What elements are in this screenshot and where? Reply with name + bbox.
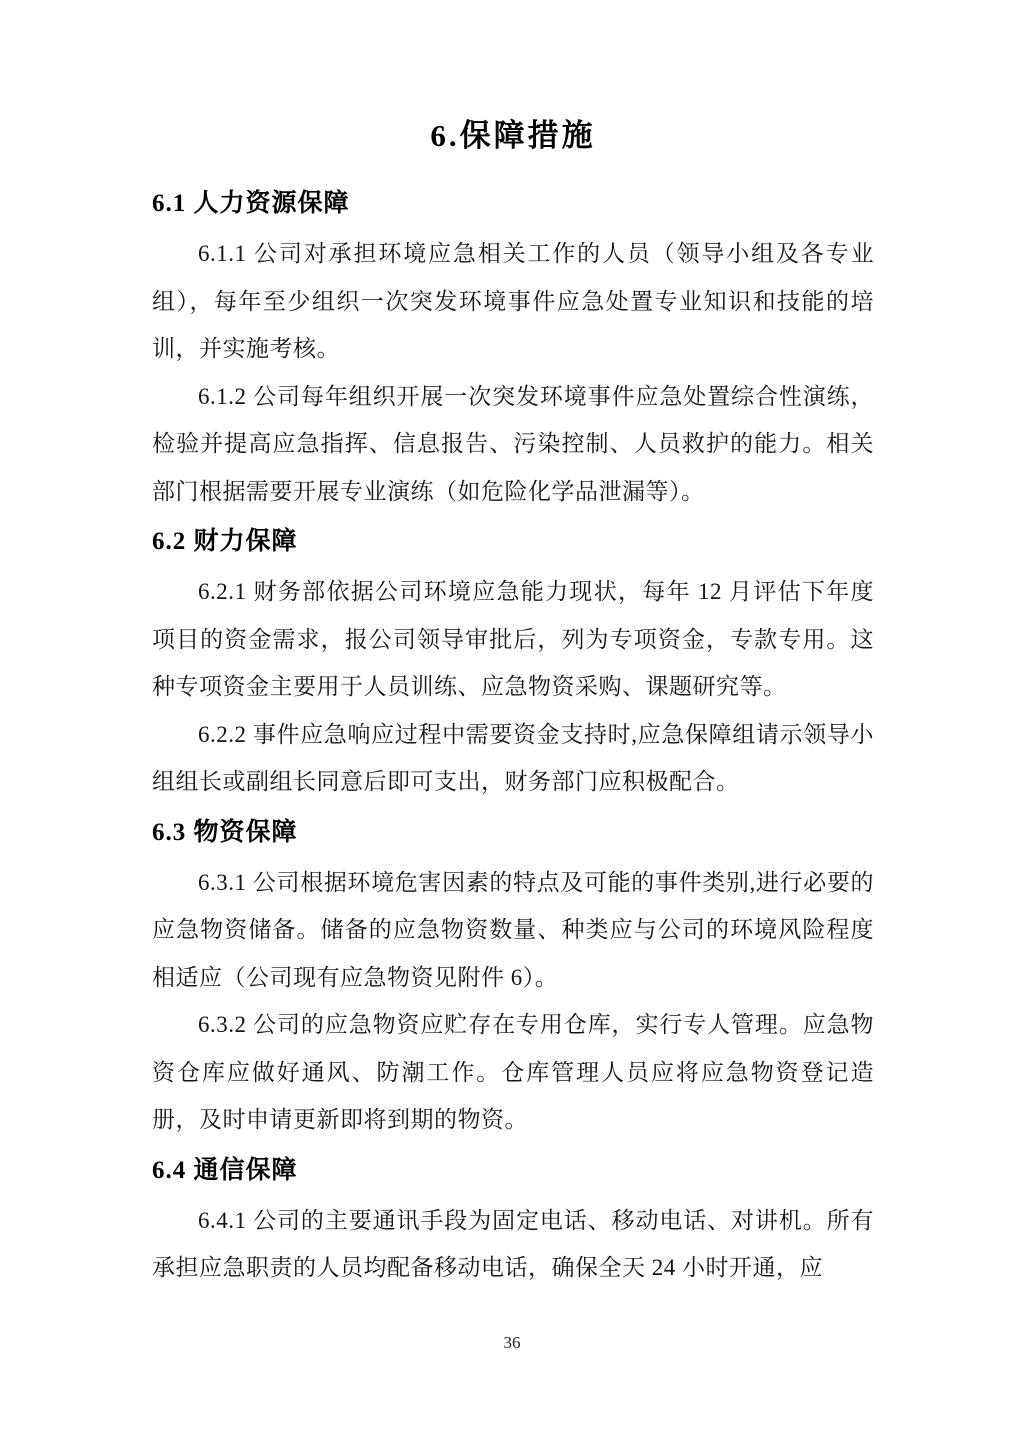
paragraph-6-2-2: 6.2.2 事件应急响应过程中需要资金支持时,应急保障组请示领导小组组长或副组长… <box>152 711 874 806</box>
page-title: 6.保障措施 <box>152 112 874 160</box>
page-number: 36 <box>0 1333 1024 1353</box>
paragraph-6-4-1: 6.4.1 公司的主要通讯手段为固定电话、移动电话、对讲机。所有承担应急职责的人… <box>152 1197 874 1292</box>
section-human-resources: 6.1 人力资源保障 6.1.1 公司对承担环境应急相关工作的人员（领导小组及各… <box>152 180 874 515</box>
section-communications: 6.4 通信保障 6.4.1 公司的主要通讯手段为固定电话、移动电话、对讲机。所… <box>152 1147 874 1292</box>
paragraph-6-1-2: 6.1.2 公司每年组织开展一次突发环境事件应急处置综合性演练，检验并提高应急指… <box>152 373 874 516</box>
section-heading-6-4: 6.4 通信保障 <box>152 1147 874 1194</box>
paragraph-6-2-1: 6.2.1 财务部依据公司环境应急能力现状，每年 12 月评估下年度项目的资金需… <box>152 568 874 711</box>
section-heading-6-1: 6.1 人力资源保障 <box>152 180 874 227</box>
paragraph-6-3-1: 6.3.1 公司根据环境危害因素的特点及可能的事件类别,进行必要的应急物资储备。… <box>152 859 874 1002</box>
paragraph-6-1-1: 6.1.1 公司对承担环境应急相关工作的人员（领导小组及各专业组），每年至少组织… <box>152 230 874 373</box>
paragraph-6-3-2: 6.3.2 公司的应急物资应贮存在专用仓库，实行专人管理。应急物资仓库应做好通风… <box>152 1001 874 1144</box>
section-supplies: 6.3 物资保障 6.3.1 公司根据环境危害因素的特点及可能的事件类别,进行必… <box>152 809 874 1144</box>
section-financial: 6.2 财力保障 6.2.1 财务部依据公司环境应急能力现状，每年 12 月评估… <box>152 518 874 806</box>
section-heading-6-3: 6.3 物资保障 <box>152 809 874 856</box>
document-content: 6.保障措施 6.1 人力资源保障 6.1.1 公司对承担环境应急相关工作的人员… <box>152 112 874 1292</box>
document-page: 6.保障措施 6.1 人力资源保障 6.1.1 公司对承担环境应急相关工作的人员… <box>0 0 1024 1447</box>
section-heading-6-2: 6.2 财力保障 <box>152 518 874 565</box>
